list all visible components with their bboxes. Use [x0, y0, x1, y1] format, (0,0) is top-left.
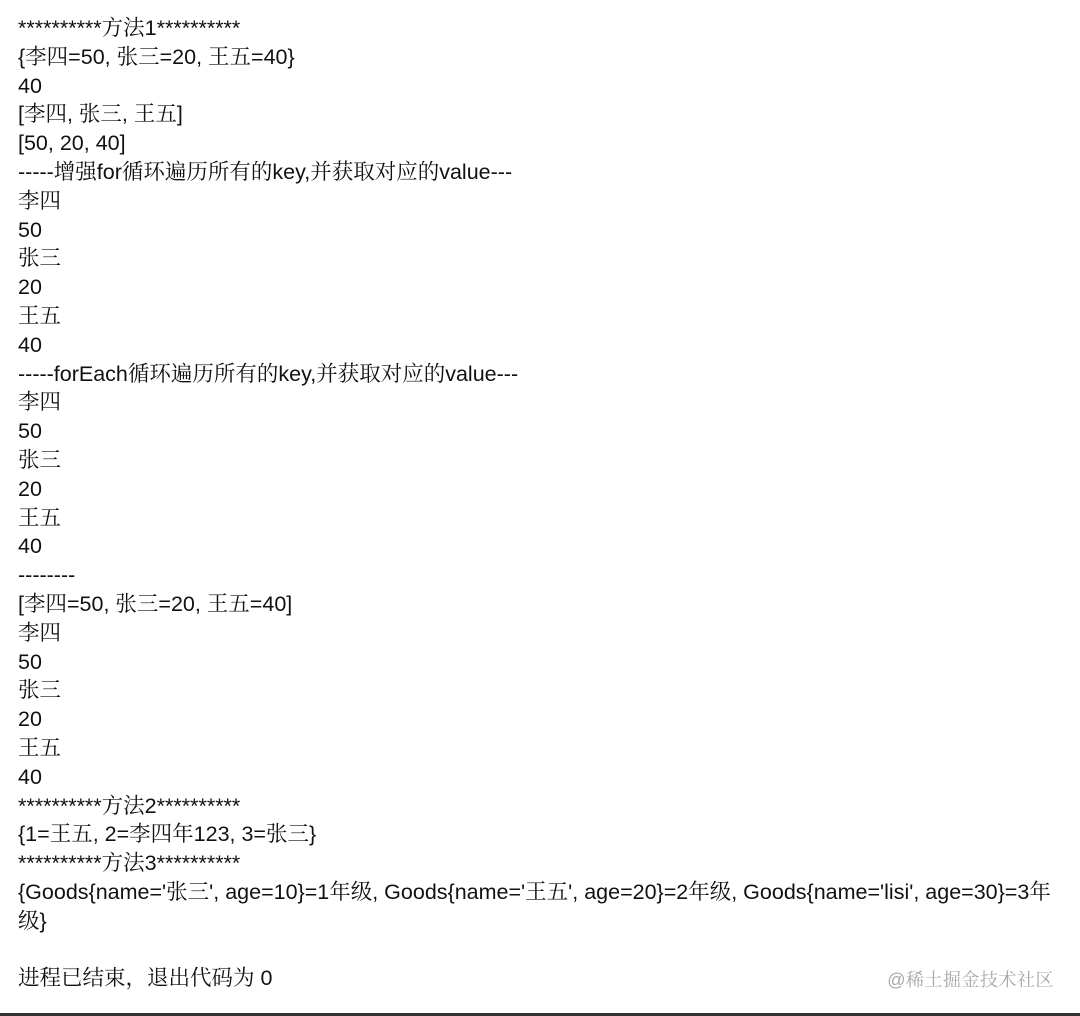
console-line: {1=王五, 2=李四年123, 3=张三}	[18, 820, 1068, 849]
console-line: [李四=50, 张三=20, 王五=40]	[18, 590, 1068, 619]
console-line: **********方法1**********	[18, 14, 1068, 43]
console-line: 20	[18, 475, 1068, 504]
console-line: 张三	[18, 244, 1068, 273]
console-line: 李四	[18, 619, 1068, 648]
console-line: 40	[18, 763, 1068, 792]
watermark: @稀土掘金技术社区	[887, 966, 1054, 992]
console-line: 李四	[18, 388, 1068, 417]
blank-line	[18, 936, 1068, 965]
console-line: 40	[18, 331, 1068, 360]
console-line: --------	[18, 561, 1068, 590]
console-line: 李四	[18, 187, 1068, 216]
console-line: 王五	[18, 302, 1068, 331]
console-line: 40	[18, 532, 1068, 561]
console-line: -----增强for循环遍历所有的key,并获取对应的value---	[18, 158, 1068, 187]
console-line: {Goods{name='张三', age=10}=1年级, Goods{nam…	[18, 878, 1068, 936]
console-line: 50	[18, 216, 1068, 245]
console-line: -----forEach循环遍历所有的key,并获取对应的value---	[18, 360, 1068, 389]
console-line: 50	[18, 417, 1068, 446]
console-line: {李四=50, 张三=20, 王五=40}	[18, 43, 1068, 72]
console-line: **********方法3**********	[18, 849, 1068, 878]
console-line: 王五	[18, 734, 1068, 763]
console-line: 20	[18, 273, 1068, 302]
console-line: 王五	[18, 504, 1068, 533]
console-line: 40	[18, 72, 1068, 101]
console-line: 50	[18, 648, 1068, 677]
console-output: **********方法1********** {李四=50, 张三=20, 王…	[18, 14, 1068, 993]
console-line: [李四, 张三, 王五]	[18, 100, 1068, 129]
console-line: **********方法2**********	[18, 792, 1068, 821]
console-line: 20	[18, 705, 1068, 734]
console-line: [50, 20, 40]	[18, 129, 1068, 158]
console-line: 张三	[18, 676, 1068, 705]
console-line: 张三	[18, 446, 1068, 475]
